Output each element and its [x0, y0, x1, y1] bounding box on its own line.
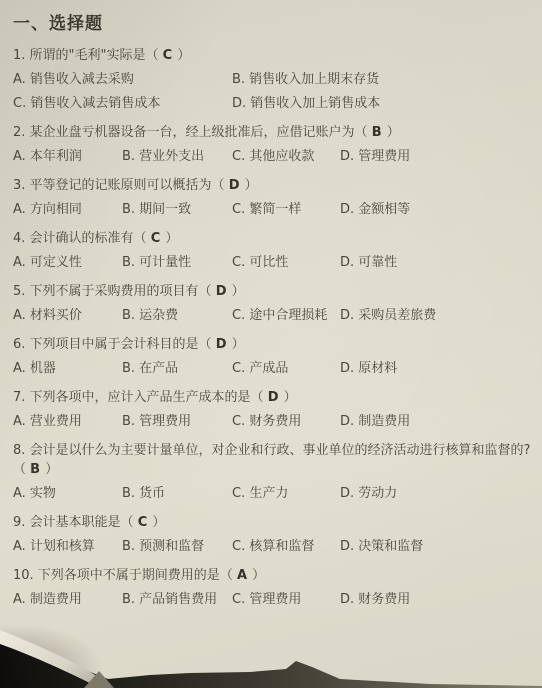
answer-paren-close: ）: [227, 284, 244, 299]
question-stem: 8. 会计是以什么为主要计量单位，对企业和行政、事业单位的经济活动进行核算和监督…: [13, 441, 534, 479]
answer-letter: C: [151, 231, 162, 246]
stem-text: 5. 下列不属于采购费用的项目有: [13, 284, 199, 299]
option: A. 可定义性: [13, 251, 122, 275]
answer-letter: B: [372, 125, 383, 140]
answer-paren-close: ）: [41, 462, 58, 477]
question: 1. 所谓的"毛利"实际是（ C ）A. 销售收入减去采购B. 销售收入加上期末…: [13, 46, 534, 116]
option: D. 销售收入加上销售成本: [232, 92, 534, 116]
answer-letter: D: [216, 337, 228, 352]
paper-sheet: 一、选择题 1. 所谓的"毛利"实际是（ C ）A. 销售收入减去采购B. 销售…: [0, 0, 542, 688]
question-stem: 4. 会计确认的标准有（ C ）: [13, 229, 534, 248]
answer-paren-close: ）: [148, 515, 165, 530]
option: C. 销售收入减去销售成本: [13, 92, 232, 116]
option: A. 制造费用: [13, 588, 122, 612]
answer-paren-open: （: [251, 390, 268, 405]
question-stem: 7. 下列各项中，应计入产品生产成本的是（ D ）: [13, 388, 534, 407]
question-stem: 5. 下列不属于采购费用的项目有（ D ）: [13, 282, 534, 301]
stem-text: 3. 平等登记的记账原则可以概括为: [13, 178, 212, 193]
option: A. 本年利润: [13, 145, 122, 169]
answer-letter: C: [138, 515, 149, 530]
option: D. 采购员差旅费: [340, 304, 534, 328]
option-row: A. 营业费用B. 管理费用C. 财务费用D. 制造费用: [13, 410, 534, 434]
option: D. 决策和监督: [340, 535, 534, 559]
option: B. 预测和监督: [122, 535, 232, 559]
question: 5. 下列不属于采购费用的项目有（ D ）A. 材料买价B. 运杂费C. 途中合…: [13, 282, 534, 328]
option: A. 材料买价: [13, 304, 122, 328]
option: C. 生产力: [232, 482, 340, 506]
stem-text: 2. 某企业盘亏机器设备一台，经上级批准后，应借记账户为: [13, 125, 355, 140]
answer-letter: A: [237, 568, 248, 583]
option-row: A. 计划和核算B. 预测和监督C. 核算和监督D. 决策和监督: [13, 535, 534, 559]
option-row: C. 销售收入减去销售成本D. 销售收入加上销售成本: [13, 92, 534, 116]
question-stem: 10. 下列各项中不属于期间费用的是（ A ）: [13, 566, 534, 585]
stem-text: 9. 会计基本职能是: [13, 515, 121, 530]
question-stem: 9. 会计基本职能是（ C ）: [13, 513, 534, 532]
option: D. 原材料: [340, 357, 534, 381]
answer-paren-open: （: [13, 462, 30, 477]
answer-paren-close: ）: [240, 178, 257, 193]
answer-paren-open: （: [146, 48, 163, 63]
question: 2. 某企业盘亏机器设备一台，经上级批准后，应借记账户为（ B ）A. 本年利润…: [13, 123, 534, 169]
document-content: 一、选择题 1. 所谓的"毛利"实际是（ C ）A. 销售收入减去采购B. 销售…: [0, 0, 542, 619]
option: A. 营业费用: [13, 410, 122, 434]
option: B. 可计量性: [122, 251, 232, 275]
answer-paren-close: ）: [383, 125, 400, 140]
option: C. 管理费用: [232, 588, 340, 612]
answer-paren-open: （: [212, 178, 229, 193]
option-row: A. 实物B. 货币C. 生产力D. 劳动力: [13, 482, 534, 506]
question-stem: 2. 某企业盘亏机器设备一台，经上级批准后，应借记账户为（ B ）: [13, 123, 534, 142]
option: D. 财务费用: [340, 588, 534, 612]
option-row: A. 可定义性B. 可计量性C. 可比性D. 可靠性: [13, 251, 534, 275]
option-row: A. 机器B. 在产品C. 产成品D. 原材料: [13, 357, 534, 381]
option-row: A. 制造费用B. 产品销售费用C. 管理费用D. 财务费用: [13, 588, 534, 612]
answer-paren-close: ）: [227, 337, 244, 352]
answer-paren-open: （: [199, 284, 216, 299]
option: B. 销售收入加上期末存货: [232, 68, 534, 92]
option: C. 可比性: [232, 251, 340, 275]
option: A. 方向相同: [13, 198, 122, 222]
option: A. 实物: [13, 482, 122, 506]
answer-letter: D: [268, 390, 280, 405]
question: 10. 下列各项中不属于期间费用的是（ A ）A. 制造费用B. 产品销售费用C…: [13, 566, 534, 612]
option: B. 货币: [122, 482, 232, 506]
section-heading: 一、选择题: [13, 12, 534, 36]
answer-letter: B: [30, 462, 41, 477]
option: D. 管理费用: [340, 145, 534, 169]
question: 9. 会计基本职能是（ C ）A. 计划和核算B. 预测和监督C. 核算和监督D…: [13, 513, 534, 559]
answer-paren-close: ）: [173, 48, 190, 63]
option: B. 产品销售费用: [122, 588, 232, 612]
option: A. 销售收入减去采购: [13, 68, 232, 92]
question-list: 1. 所谓的"毛利"实际是（ C ）A. 销售收入减去采购B. 销售收入加上期末…: [13, 46, 534, 612]
stem-text: 4. 会计确认的标准有: [13, 231, 134, 246]
photographed-document: 一、选择题 1. 所谓的"毛利"实际是（ C ）A. 销售收入减去采购B. 销售…: [0, 0, 542, 688]
stem-text: 10. 下列各项中不属于期间费用的是: [13, 568, 220, 583]
answer-paren-open: （: [121, 515, 138, 530]
option: D. 金额相等: [340, 198, 534, 222]
stem-text: 6. 下列项目中属于会计科目的是: [13, 337, 199, 352]
option: B. 管理费用: [122, 410, 232, 434]
question: 7. 下列各项中，应计入产品生产成本的是（ D ）A. 营业费用B. 管理费用C…: [13, 388, 534, 434]
option: D. 制造费用: [340, 410, 534, 434]
option: C. 途中合理损耗: [232, 304, 340, 328]
question: 6. 下列项目中属于会计科目的是（ D ）A. 机器B. 在产品C. 产成品D.…: [13, 335, 534, 381]
option: B. 在产品: [122, 357, 232, 381]
option: C. 核算和监督: [232, 535, 340, 559]
option: D. 可靠性: [340, 251, 534, 275]
stem-text: 7. 下列各项中，应计入产品生产成本的是: [13, 390, 251, 405]
question: 4. 会计确认的标准有（ C ）A. 可定义性B. 可计量性C. 可比性D. 可…: [13, 229, 534, 275]
answer-paren-open: （: [220, 568, 237, 583]
option: C. 产成品: [232, 357, 340, 381]
question-stem: 6. 下列项目中属于会计科目的是（ D ）: [13, 335, 534, 354]
option-row: A. 材料买价B. 运杂费C. 途中合理损耗D. 采购员差旅费: [13, 304, 534, 328]
answer-letter: D: [216, 284, 228, 299]
option: B. 营业外支出: [122, 145, 232, 169]
question: 3. 平等登记的记账原则可以概括为（ D ）A. 方向相同B. 期间一致C. 繁…: [13, 176, 534, 222]
answer-letter: D: [229, 178, 241, 193]
answer-paren-close: ）: [248, 568, 265, 583]
answer-paren-open: （: [355, 125, 372, 140]
option: D. 劳动力: [340, 482, 534, 506]
option: A. 计划和核算: [13, 535, 122, 559]
page-curl-icon: [0, 628, 130, 688]
option: C. 财务费用: [232, 410, 340, 434]
answer-paren-open: （: [199, 337, 216, 352]
option: B. 期间一致: [122, 198, 232, 222]
answer-letter: C: [163, 48, 174, 63]
question: 8. 会计是以什么为主要计量单位，对企业和行政、事业单位的经济活动进行核算和监督…: [13, 441, 534, 506]
question-stem: 1. 所谓的"毛利"实际是（ C ）: [13, 46, 534, 65]
option-row: A. 销售收入减去采购B. 销售收入加上期末存货: [13, 68, 534, 92]
option: C. 繁简一样: [232, 198, 340, 222]
question-stem: 3. 平等登记的记账原则可以概括为（ D ）: [13, 176, 534, 195]
stem-text: 8. 会计是以什么为主要计量单位，对企业和行政、事业单位的经济活动进行核算和监督…: [13, 443, 530, 458]
answer-paren-close: ）: [161, 231, 178, 246]
answer-paren-close: ）: [279, 390, 296, 405]
option-row: A. 方向相同B. 期间一致C. 繁简一样D. 金额相等: [13, 198, 534, 222]
option: C. 其他应收款: [232, 145, 340, 169]
option: A. 机器: [13, 357, 122, 381]
option: B. 运杂费: [122, 304, 232, 328]
stem-text: 1. 所谓的"毛利"实际是: [13, 48, 146, 63]
option-row: A. 本年利润B. 营业外支出C. 其他应收款D. 管理费用: [13, 145, 534, 169]
answer-paren-open: （: [134, 231, 151, 246]
